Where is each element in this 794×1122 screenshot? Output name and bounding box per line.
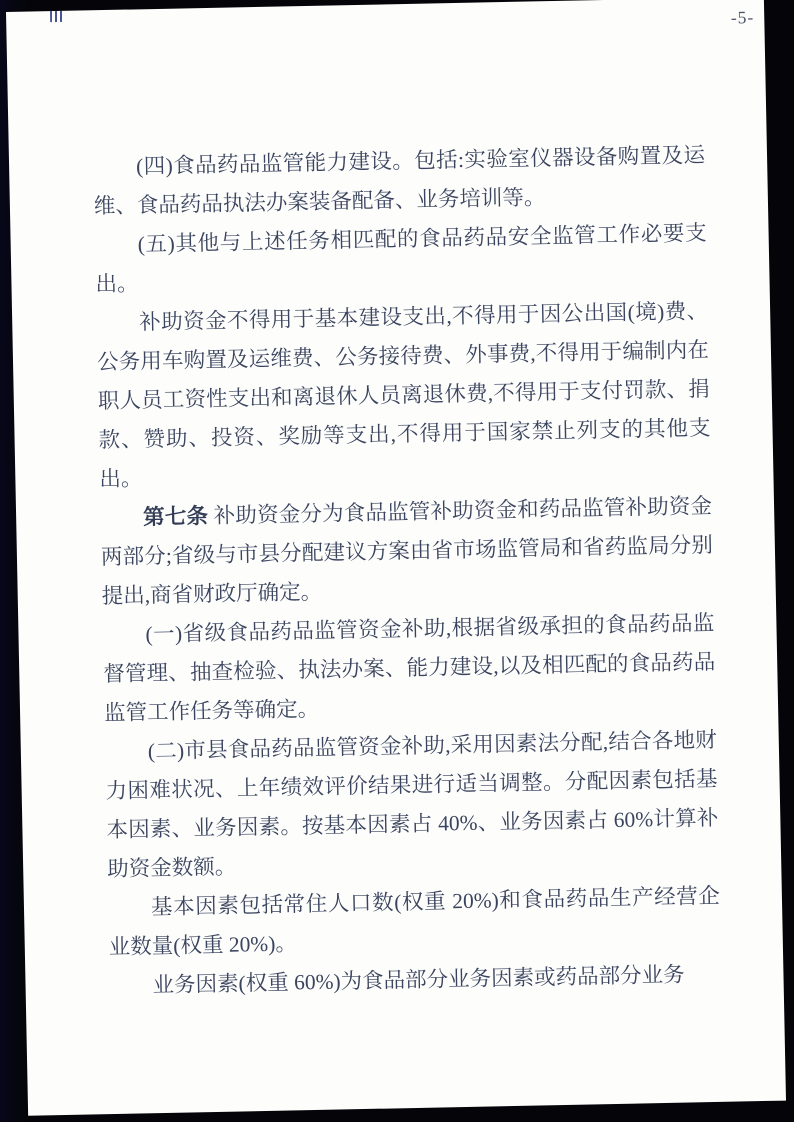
paragraph: (五)其他与上述任务相匹配的食品药品安全监管工作必要支出。: [94, 214, 707, 304]
document-body: (四)食品药品监管能力建设。包括:实验室仪器设备购置及运维、食品药品执法办案装备…: [93, 136, 722, 1006]
paragraph: (二)市县食品药品监管资金补助,采用因素法分配,结合各地财力困难状况、上年绩效评…: [104, 721, 719, 889]
paper-sheet: (四)食品药品监管能力建设。包括:实验室仪器设备购置及运维、食品药品执法办案装备…: [6, 0, 786, 1116]
paragraph: 基本因素包括常住人口数(权重 20%)和食品药品生产经营企业数量(权重 20%)…: [108, 877, 721, 967]
paragraph: (四)食品药品监管能力建设。包括:实验室仪器设备购置及运维、食品药品执法办案装备…: [93, 136, 706, 226]
paragraph: 补助资金不得用于基本建设支出,不得用于因公出国(境)费、公务用车购置及运维费、公…: [96, 292, 712, 499]
article-number: 第七条: [143, 504, 208, 529]
page-number: -5-: [6, 3, 764, 46]
paragraph: (一)省级食品药品监管资金补助,根据省级承担的食品药品监督管理、抽查检验、执法办…: [102, 604, 716, 733]
scan-artifact: [50, 11, 64, 22]
scanned-document-page: (四)食品药品监管能力建设。包括:实验室仪器设备购置及运维、食品药品执法办案装备…: [0, 0, 794, 1122]
paragraph: 第七条 补助资金分为食品监管补助资金和药品监管补助资金两部分;省级与市县分配建议…: [100, 487, 714, 616]
